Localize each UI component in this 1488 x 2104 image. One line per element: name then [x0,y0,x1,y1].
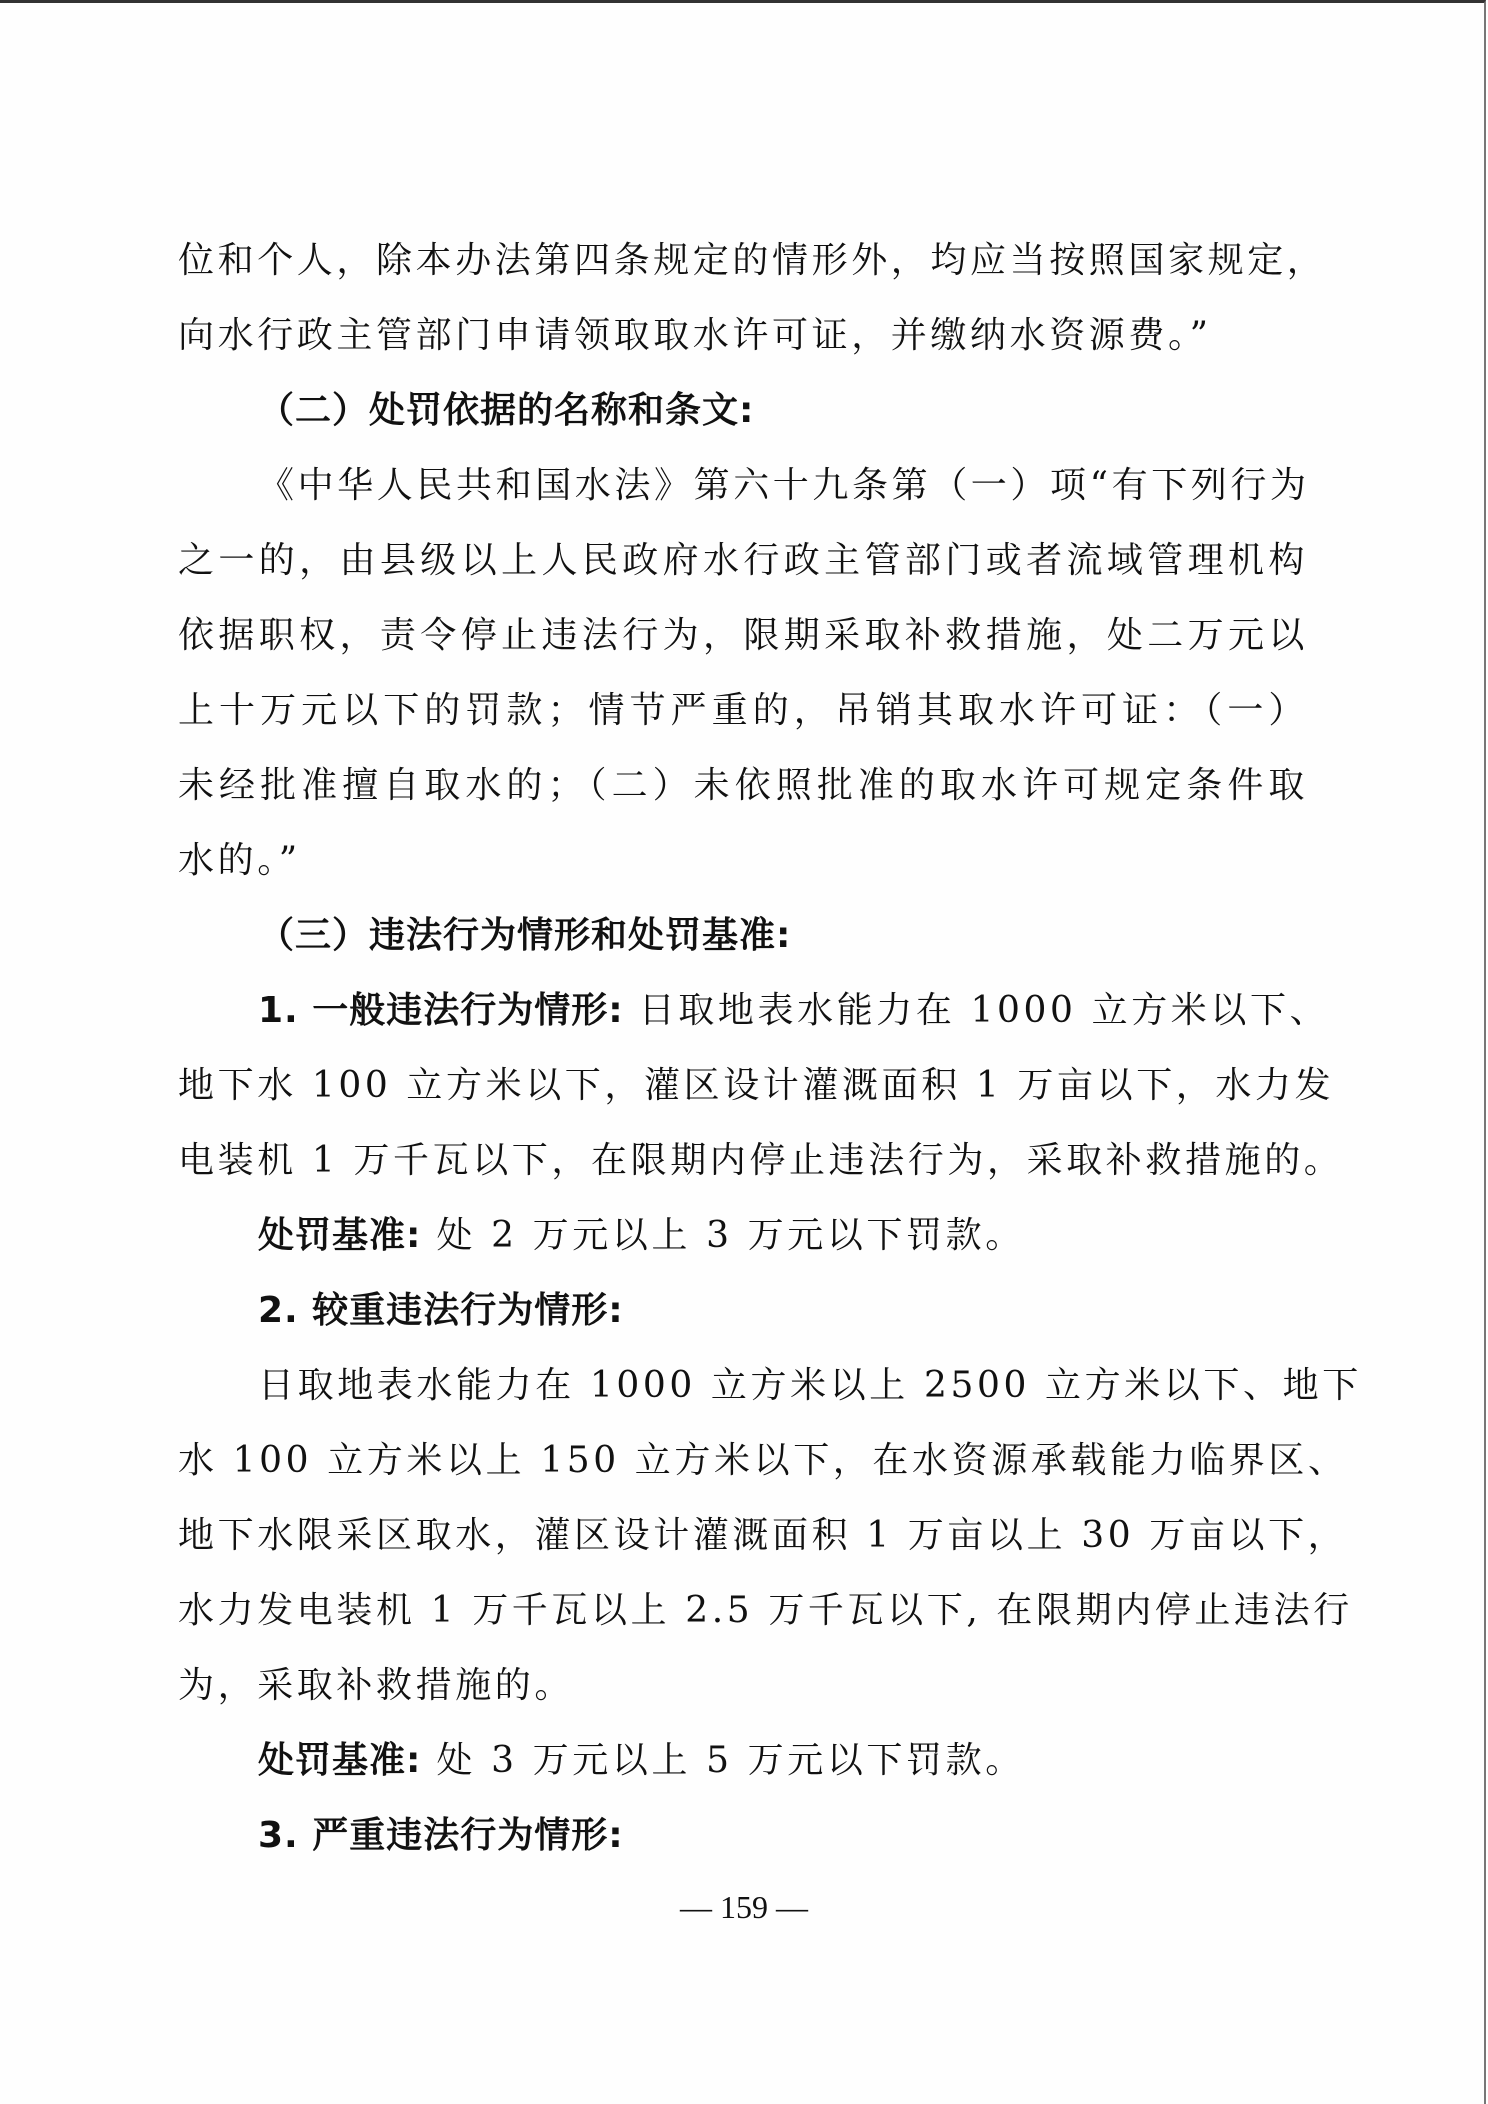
body-line: 向水行政主管部门申请领取取水许可证，并缴纳水资源费。” [178,314,1308,358]
item-heading-serious: 2. 较重违法行为情形: [258,1289,1308,1333]
item-heading-severe: 3. 严重违法行为情形: [258,1814,1308,1858]
body-line: 位和个人，除本办法第四条规定的情形外，均应当按照国家规定， [178,239,1308,283]
body-line: 电装机 1 万千瓦以下，在限期内停止违法行为，采取补救措施的。 [178,1139,1308,1183]
body-line: 依据职权，责令停止违法行为，限期采取补救措施，处二万元以 [178,614,1308,658]
body-line: 地下水限采区取水，灌区设计灌溉面积 1 万亩以上 30 万亩以下， [178,1514,1308,1558]
item-general-violation: 1. 一般违法行为情形: 日取地表水能力在 1000 立方米以下、 [258,989,1308,1033]
body-line: 地下水 100 立方米以下，灌区设计灌溉面积 1 万亩以下，水力发 [178,1064,1308,1108]
body-line: 为，采取补救措施的。 [178,1664,1308,1708]
item-text: 日取地表水能力在 1000 立方米以下、 [639,990,1330,1031]
body-line: 水的。” [178,839,1308,883]
body-line: 日取地表水能力在 1000 立方米以上 2500 立方米以下、地下 [258,1364,1308,1408]
body-line: 未经批准擅自取水的；（二）未依照批准的取水许可规定条件取 [178,764,1308,808]
body-line: 《中华人民共和国水法》第六十九条第（一）项“有下列行为 [258,464,1308,508]
penalty-standard-serious: 处罚基准: 处 3 万元以上 5 万元以下罚款。 [258,1739,1308,1783]
section-heading-criteria: （三）违法行为情形和处罚基准: [258,914,1308,958]
body-line: 上十万元以下的罚款；情节严重的，吊销其取水许可证：（一） [178,689,1308,733]
body-line: 之一的，由县级以上人民政府水行政主管部门或者流域管理机构 [178,539,1308,583]
item-label: 1. 一般违法行为情形: [258,990,624,1031]
penalty-text: 处 2 万元以上 3 万元以下罚款。 [436,1215,1024,1256]
penalty-text: 处 3 万元以上 5 万元以下罚款。 [436,1740,1024,1781]
penalty-label: 处罚基准: [258,1215,421,1256]
penalty-standard-general: 处罚基准: 处 2 万元以上 3 万元以下罚款。 [258,1214,1308,1258]
document-page: 位和个人，除本办法第四条规定的情形外，均应当按照国家规定， 向水行政主管部门申请… [0,0,1486,2104]
page-number: — 159 — [0,1889,1488,1926]
section-heading-basis: （二）处罚依据的名称和条文: [258,389,1308,433]
body-line: 水力发电装机 1 万千瓦以上 2.5 万千瓦以下, 在限期内停止违法行 [178,1589,1308,1633]
body-line: 水 100 立方米以上 150 立方米以下，在水资源承载能力临界区、 [178,1439,1308,1483]
penalty-label: 处罚基准: [258,1740,421,1781]
